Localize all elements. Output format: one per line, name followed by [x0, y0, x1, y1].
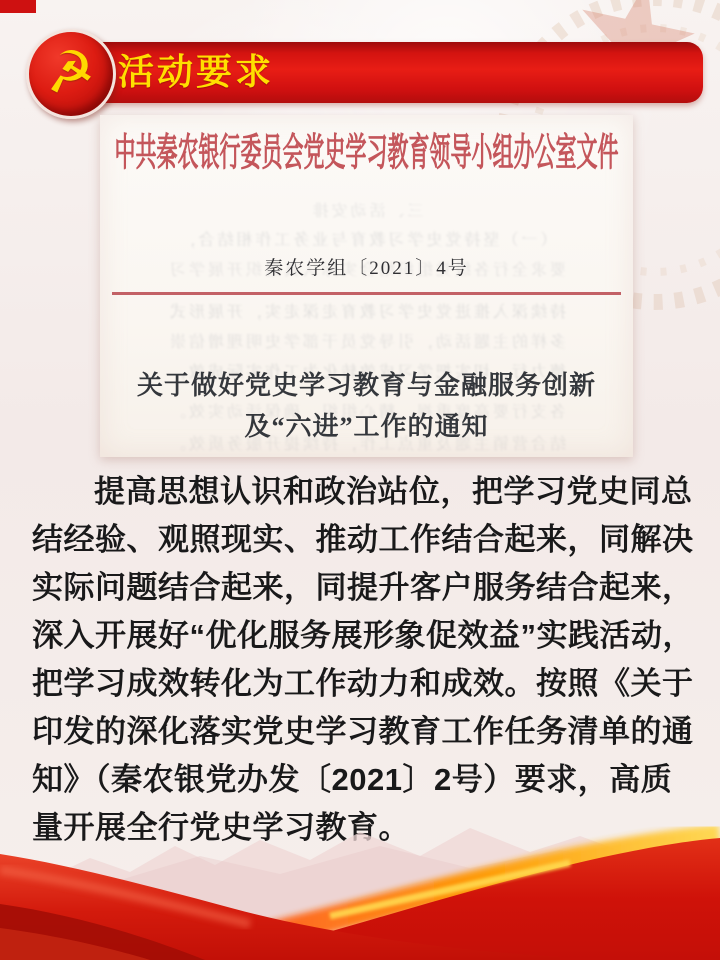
- slide-page: ★ 活动要求 ☭ 三、活动安排 （一）坚持党史学习教育与业务工作相结合， 要求全…: [0, 0, 720, 960]
- scanned-document-image: 三、活动安排 （一）坚持党史学习教育与业务工作相结合， 要求全行各级党组织结合实…: [100, 115, 633, 457]
- document-masthead: 中共秦农银行委员会党史学习教育领导小组办公室文件: [106, 123, 627, 179]
- bleed-through-text: （一）坚持党史学习教育与业务工作相结合，: [100, 227, 633, 250]
- body-line: 印发的深化落实党史学习教育工作任务清单的通: [32, 708, 695, 756]
- document-title-line1: 关于做好党史学习教育与金融服务创新: [100, 365, 633, 402]
- body-line: 提高思想认识和政治站位，把学习党史同总: [32, 468, 695, 516]
- party-emblem: ☭: [26, 29, 116, 119]
- body-line: 把学习成效转化为工作动力和成效。按照《关于: [32, 660, 695, 708]
- document-red-divider: [112, 292, 621, 295]
- document-title-line2: 及“六进”工作的通知: [100, 406, 633, 443]
- body-line: 结经验、观照现实、推动工作结合起来，同解决: [32, 516, 695, 564]
- body-line: 知》（秦农银党办发〔2021〕2号）要求，高质: [32, 756, 695, 804]
- corner-red-mark: [0, 0, 36, 13]
- hammer-and-sickle-icon: ☭: [41, 37, 98, 107]
- bleed-through-text: 多样的主题活动，引导党员干部学史明理增信崇: [100, 329, 633, 352]
- bleed-through-text: 三、活动安排: [100, 198, 633, 221]
- body-paragraph: 提高思想认识和政治站位，把学习党史同总 结经验、观照现实、推动工作结合起来，同解…: [32, 468, 695, 852]
- body-line: 深入开展好“优化服务展形象促效益”实践活动，: [32, 612, 695, 660]
- red-wave-decoration: [0, 810, 720, 960]
- section-title: 活动要求: [118, 42, 274, 103]
- document-number: 秦农学组〔2021〕4号: [100, 253, 633, 280]
- bleed-through-text: 持续深入推进党史学习教育走深走实，开展形式: [100, 299, 633, 322]
- body-line: 实际问题结合起来，同提升客户服务结合起来，: [32, 564, 695, 612]
